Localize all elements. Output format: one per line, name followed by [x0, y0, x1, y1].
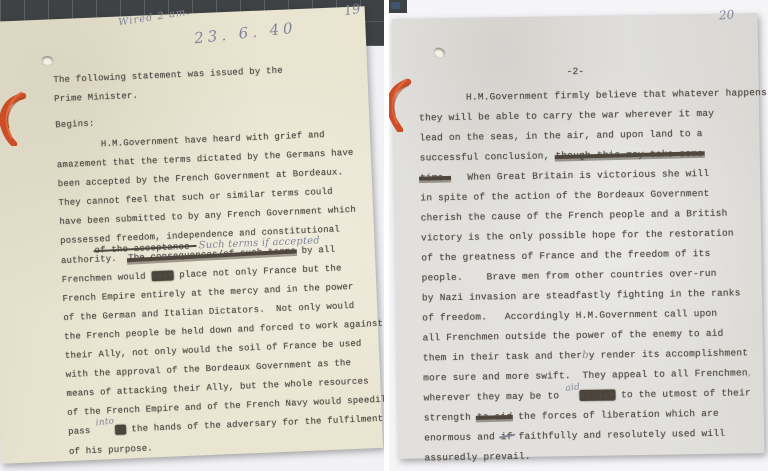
obliterated-text: to: [114, 425, 126, 435]
typed-text: wherever they may be to: [423, 390, 565, 403]
typed-text: assuredly prevail.: [424, 451, 530, 464]
typed-text: y render its accomplishment: [589, 347, 748, 361]
typed-text: enormous and: [424, 431, 501, 443]
typed-text: The following statement was issued by th…: [53, 66, 283, 86]
page-body: H.M.Government firmly believe that whate…: [419, 87, 768, 471]
typed-text: of his purpose.: [69, 443, 153, 457]
typed-text: them in their task and ther: [423, 350, 582, 364]
typed-text: H.M.Government firmly believe that whate…: [419, 87, 767, 103]
document-page-20: -2- H.M.Government firmly believe that w…: [392, 13, 765, 459]
page-header: -2-: [392, 63, 758, 80]
typed-heading: The following statement was issued by th…: [53, 66, 284, 114]
scanned-documents-photo: { "colors": { "backdrop": "#f2f2f6", "ma…: [0, 0, 768, 471]
typed-text: the forces of liberation which are: [512, 408, 719, 422]
heavily-struck-text: though this may take some: [555, 148, 703, 161]
heavily-struck-text: to aid: [477, 411, 513, 423]
cutting-mat: [389, 0, 407, 13]
handwritten-correction: ,: [748, 367, 752, 378]
heavily-struck-text: time.: [420, 172, 450, 183]
typed-text: Begins:: [55, 119, 95, 131]
treasury-tag: [0, 90, 27, 151]
handwritten-insertion: aid: [565, 383, 580, 394]
typed-text: faithfully and resolutely used will: [513, 428, 726, 442]
document-page-19: The following statement was issued by th…: [0, 6, 383, 464]
punch-hole: [42, 56, 53, 65]
page-body: H.M.Government have heard with grief and…: [56, 128, 384, 466]
treasury-tag: [389, 78, 414, 137]
mat-tab: [391, 2, 400, 9]
hand-struck-text: if: [501, 431, 513, 442]
page-number: 20: [719, 7, 735, 22]
obliterated-text: have: [151, 270, 174, 281]
typed-text: successful conclusion,: [420, 150, 556, 163]
typed-text: to the utmost of their: [615, 387, 751, 400]
typed-text: strength: [424, 412, 477, 424]
left-page-photo: The following statement was issued by th…: [0, 0, 384, 471]
page-number: 19: [343, 2, 362, 20]
typed-text: pass: [68, 426, 96, 437]
handwritten-insertion: into: [95, 417, 115, 429]
begins-label: Begins:: [55, 119, 95, 140]
right-page-photo: -2- H.M.Government firmly believe that w…: [389, 0, 768, 471]
typed-text: -2-: [566, 66, 584, 77]
obliterated-text: strive: [580, 389, 616, 401]
typed-text: Prime Minister.: [54, 91, 138, 105]
typed-text: H.M.Government have heard with grief and: [56, 130, 325, 151]
